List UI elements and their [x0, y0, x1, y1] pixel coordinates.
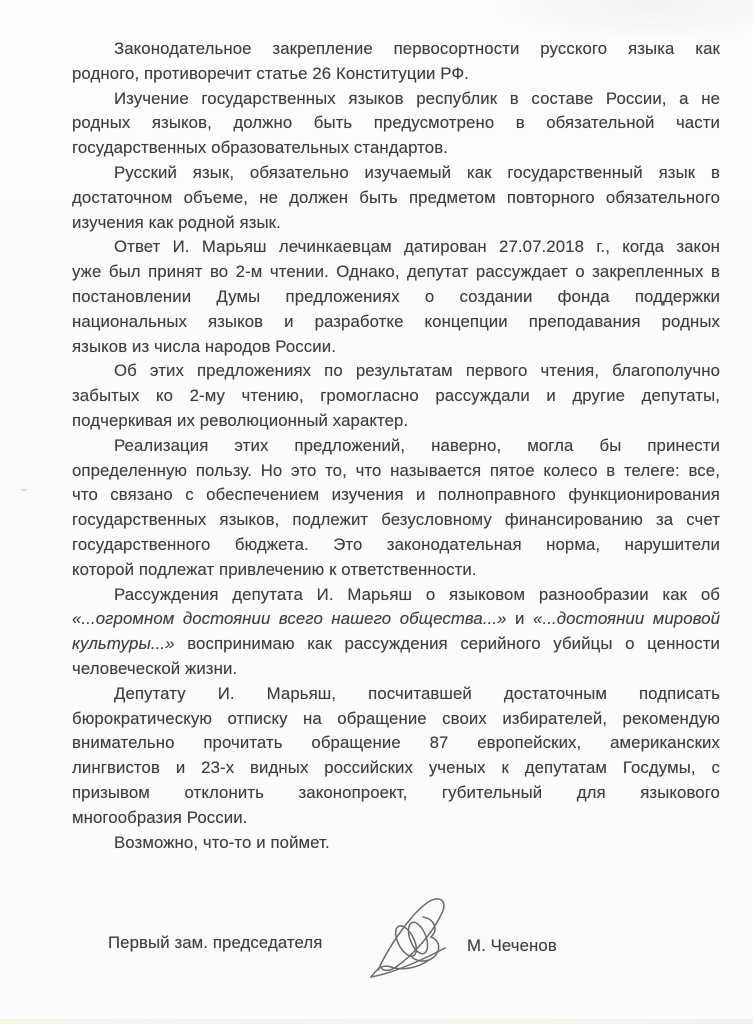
italic-quote: «...огромном достоянии всего нашего обще…: [72, 609, 507, 628]
letter-body: Законодательное закрепление первосортнос…: [72, 37, 720, 855]
paragraph-6: Реализация этих предложений, наверно, мо…: [72, 434, 720, 583]
text-line: Реализация этих предложений, наверно, мо…: [72, 434, 720, 459]
italic-quote: культуры...»: [72, 634, 175, 653]
text-line: призывом отклонить законопроект, губител…: [72, 781, 720, 806]
scanned-letter-page: Законодательное закрепление первосортнос…: [0, 0, 753, 1024]
scan-speck: [585, 91, 588, 94]
text-line: Изучение государственных языков республи…: [72, 87, 720, 112]
signature-stroke: [405, 920, 432, 957]
paragraph-2: Изучение государственных языков республи…: [72, 87, 720, 161]
scan-speck: [21, 489, 27, 491]
text-line: языков из числа народов России.: [72, 335, 720, 360]
text-line: человеческой жизни.: [72, 657, 720, 682]
signer-title: Первый зам. председателя: [108, 933, 322, 953]
text-line: лингвистов и 23-х видных российских учен…: [72, 756, 720, 781]
text-line: государственных образовательных стандарт…: [72, 136, 720, 161]
signature-stroke: [391, 923, 420, 960]
text-line: Русский язык, обязательно изучаемый как …: [72, 161, 720, 186]
text-line: постановлении Думы предложениях о создан…: [72, 285, 720, 310]
text-line: государственных языков, подлежит безусло…: [72, 508, 720, 533]
text-line: забытых ко 2-му чтению, громогласно расс…: [72, 384, 720, 409]
scan-smudge: [490, 0, 753, 42]
text-line: государственного бюджета. Это законодате…: [72, 533, 720, 558]
text-line: Об этих предложениях по результатам перв…: [72, 359, 720, 384]
text-line: Депутату И. Марьяш, посчитавшей достаточ…: [72, 682, 720, 707]
text-line: внимательно прочитать обращение 87 европ…: [72, 731, 720, 756]
paragraph-5: Об этих предложениях по результатам перв…: [72, 359, 720, 433]
text-line: изучения как родной язык.: [72, 211, 720, 236]
text-line: что связано с обеспечением изучения и по…: [72, 483, 720, 508]
scan-edge-artifact: [0, 1019, 753, 1024]
text-line: Возможно, что-то и поймет.: [72, 831, 720, 856]
signer-name: М. Чеченов: [467, 936, 557, 956]
text-segment: и: [515, 609, 524, 628]
text-line: которой подлежат привлечению к ответстве…: [72, 558, 720, 583]
paragraph-9: Возможно, что-то и поймет.: [72, 831, 720, 856]
text-line: родных языков, должно быть предусмотрено…: [72, 111, 720, 136]
italic-quote: «...достоянии мировой: [533, 609, 720, 628]
paragraph-4: Ответ И. Марьяш лечинкаевцам датирован 2…: [72, 235, 720, 359]
text-line: бюрократическую отписку на обращение сво…: [72, 707, 720, 732]
text-segment: воспринимаю как рассуждения серийного уб…: [187, 634, 720, 653]
text-line: многообразия России.: [72, 806, 720, 831]
text-line: Ответ И. Марьяш лечинкаевцам датирован 2…: [72, 235, 720, 260]
paragraph-8: Депутату И. Марьяш, посчитавшей достаточ…: [72, 682, 720, 831]
text-line: «...огромном достоянии всего нашего обще…: [72, 607, 720, 632]
text-line: достаточном объеме, не должен быть предм…: [72, 186, 720, 211]
scan-speck: [418, 618, 421, 620]
handwritten-signature-icon: [366, 894, 462, 988]
text-line: культуры...» воспринимаю как рассуждения…: [72, 632, 720, 657]
paragraph-7: Рассуждения депутата И. Марьяш о языково…: [72, 583, 720, 682]
text-line: Рассуждения депутата И. Марьяш о языково…: [72, 583, 720, 608]
text-line: родного, противоречит статье 26 Конститу…: [72, 62, 720, 87]
text-line: национальных языков и разработке концепц…: [72, 310, 720, 335]
text-line: определенную пользу. Но это то, что назы…: [72, 459, 720, 484]
text-line: подчеркивая их революционный характер.: [72, 409, 720, 434]
text-line: Законодательное закрепление первосортнос…: [72, 37, 720, 62]
text-line: уже был принят во 2-м чтении. Однако, де…: [72, 260, 720, 285]
paragraph-1: Законодательное закрепление первосортнос…: [72, 37, 720, 87]
paragraph-3: Русский язык, обязательно изучаемый как …: [72, 161, 720, 235]
